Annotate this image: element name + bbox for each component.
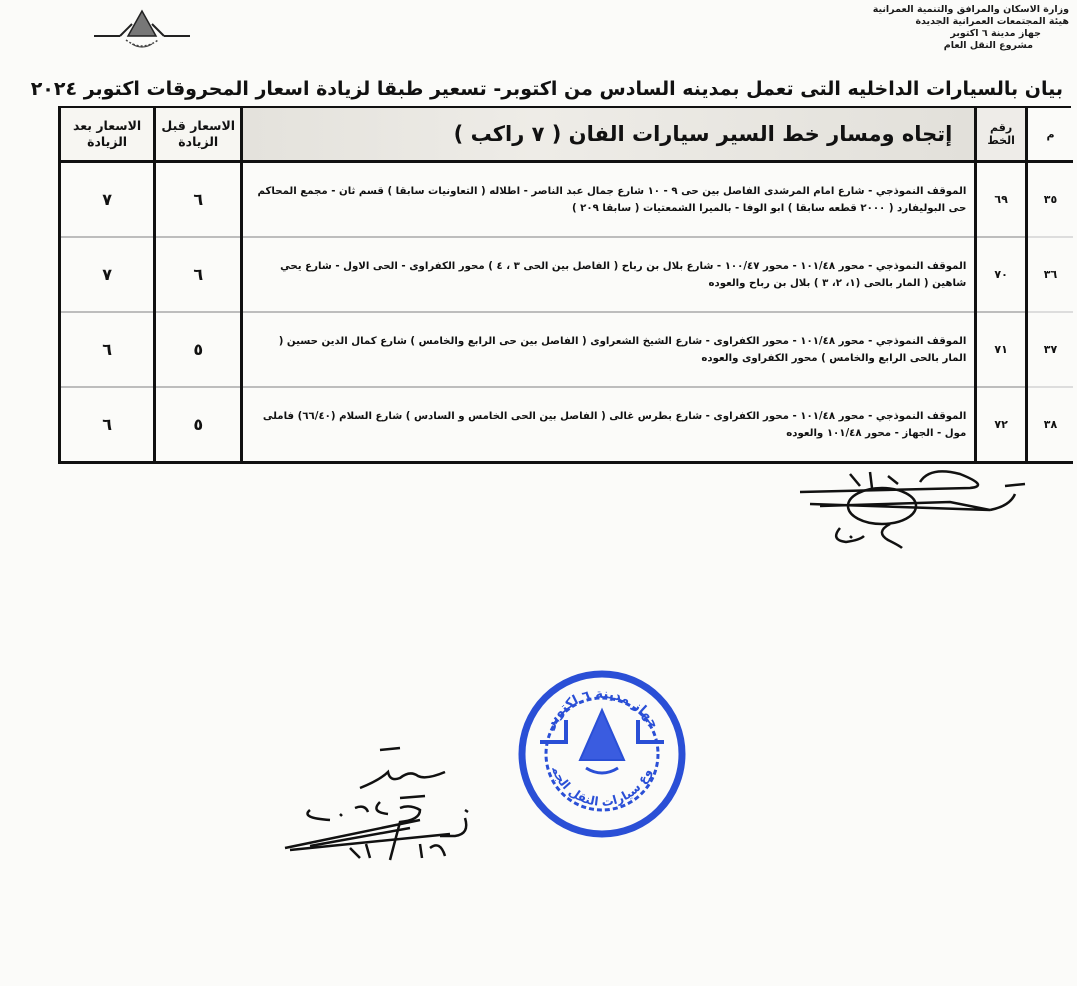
table-row: ٣٨ ٧٢ الموقف النموذجي - محور ١٠١/٤٨ - مح… xyxy=(60,387,1074,463)
header-index: م xyxy=(1026,108,1073,162)
cell-price-after: ٦ xyxy=(60,312,155,387)
cell-price-after: ٧ xyxy=(60,162,155,238)
cell-route: الموقف النموذجي - محور ١٠١/٤٨ - محور ١٠٠… xyxy=(242,237,976,312)
route-line-2: حى البوليفارد ( ٢٠٠٠ قطعه سابقا ) ابو ال… xyxy=(249,200,966,217)
cell-route: الموقف النموذجي - محور ١٠١/٤٨ - محور الك… xyxy=(242,387,976,463)
letterhead-line-project: مشروع النقل العام xyxy=(849,40,1069,52)
cell-price-before: ٦ xyxy=(155,162,242,238)
route-line-1: الموقف النموذجي - محور ١٠١/٤٨ - محور ١٠٠… xyxy=(249,258,966,275)
route-line-2: شاهين ( المار بالحى (١، ٢، ٣ ) بلال بن ر… xyxy=(249,275,966,292)
cell-index: ٣٨ xyxy=(1026,387,1073,463)
cell-index: ٣٥ xyxy=(1026,162,1073,238)
signature-top-right xyxy=(790,466,1050,556)
cell-line-number: ٧٢ xyxy=(976,387,1027,463)
route-line-1: الموقف النموذجي - محور ١٠١/٤٨ - محور الك… xyxy=(249,333,966,350)
cell-line-number: ٦٩ xyxy=(976,162,1027,238)
cell-price-before: ٥ xyxy=(155,387,242,463)
letterhead-line-authority: هيئة المجتمعات العمرانية الجديدة xyxy=(849,16,1069,28)
header-price-before: الاسعار قبل الزيادة xyxy=(155,108,242,162)
cell-line-number: ٧٠ xyxy=(976,237,1027,312)
cell-line-number: ٧١ xyxy=(976,312,1027,387)
table-row: ٣٥ ٦٩ الموقف النموذجي - شارع امام المرشد… xyxy=(60,162,1074,238)
route-line-1: الموقف النموذجي - محور ١٠١/٤٨ - محور الك… xyxy=(249,408,966,425)
pyramid-seal-icon: جهاز مدينة ٦ اكتوبر مشروع سيارات النقل ا… xyxy=(516,668,688,840)
letterhead-line-ministry: وزارة الاسكان والمرافق والتنمية العمراني… xyxy=(849,4,1069,16)
pyramid-emblem-icon xyxy=(92,6,192,56)
table-header-row: م رقم الخط إتجاه ومسار خط السير سيارات ا… xyxy=(60,108,1074,162)
header-price-after: الاسعار بعد الزيادة xyxy=(60,108,155,162)
table-row: ٣٧ ٧١ الموقف النموذجي - محور ١٠١/٤٨ - مح… xyxy=(60,312,1074,387)
letterhead-line-city: جهاز مدينة ٦ اكتوبر xyxy=(849,28,1069,40)
cell-route: الموقف النموذجي - محور ١٠١/٤٨ - محور الك… xyxy=(242,312,976,387)
cell-price-before: ٥ xyxy=(155,312,242,387)
cell-price-after: ٦ xyxy=(60,387,155,463)
cell-price-after: ٧ xyxy=(60,237,155,312)
header-route: إتجاه ومسار خط السير سيارات الفان ( ٧ را… xyxy=(242,108,976,162)
route-line-2: المار بالحى الرابع والخامس ) محور الكفرا… xyxy=(249,350,966,367)
header-line-number: رقم الخط xyxy=(976,108,1027,162)
fare-table: م رقم الخط إتجاه ومسار خط السير سيارات ا… xyxy=(58,108,1073,464)
route-line-1: الموقف النموذجي - شارع امام المرشدى الفا… xyxy=(249,183,966,200)
letterhead: وزارة الاسكان والمرافق والتنمية العمراني… xyxy=(849,4,1069,52)
document-title: بيان بالسيارات الداخليه التى تعمل بمدينه… xyxy=(62,78,1063,100)
cell-price-before: ٦ xyxy=(155,237,242,312)
cell-route: الموقف النموذجي - شارع امام المرشدى الفا… xyxy=(242,162,976,238)
route-line-2: مول - الجهاز - محور ١٠١/٤٨ والعوده xyxy=(249,425,966,442)
cell-index: ٣٦ xyxy=(1026,237,1073,312)
table-row: ٣٦ ٧٠ الموقف النموذجي - محور ١٠١/٤٨ - مح… xyxy=(60,237,1074,312)
signature-bottom-left xyxy=(270,740,500,865)
cell-index: ٣٧ xyxy=(1026,312,1073,387)
